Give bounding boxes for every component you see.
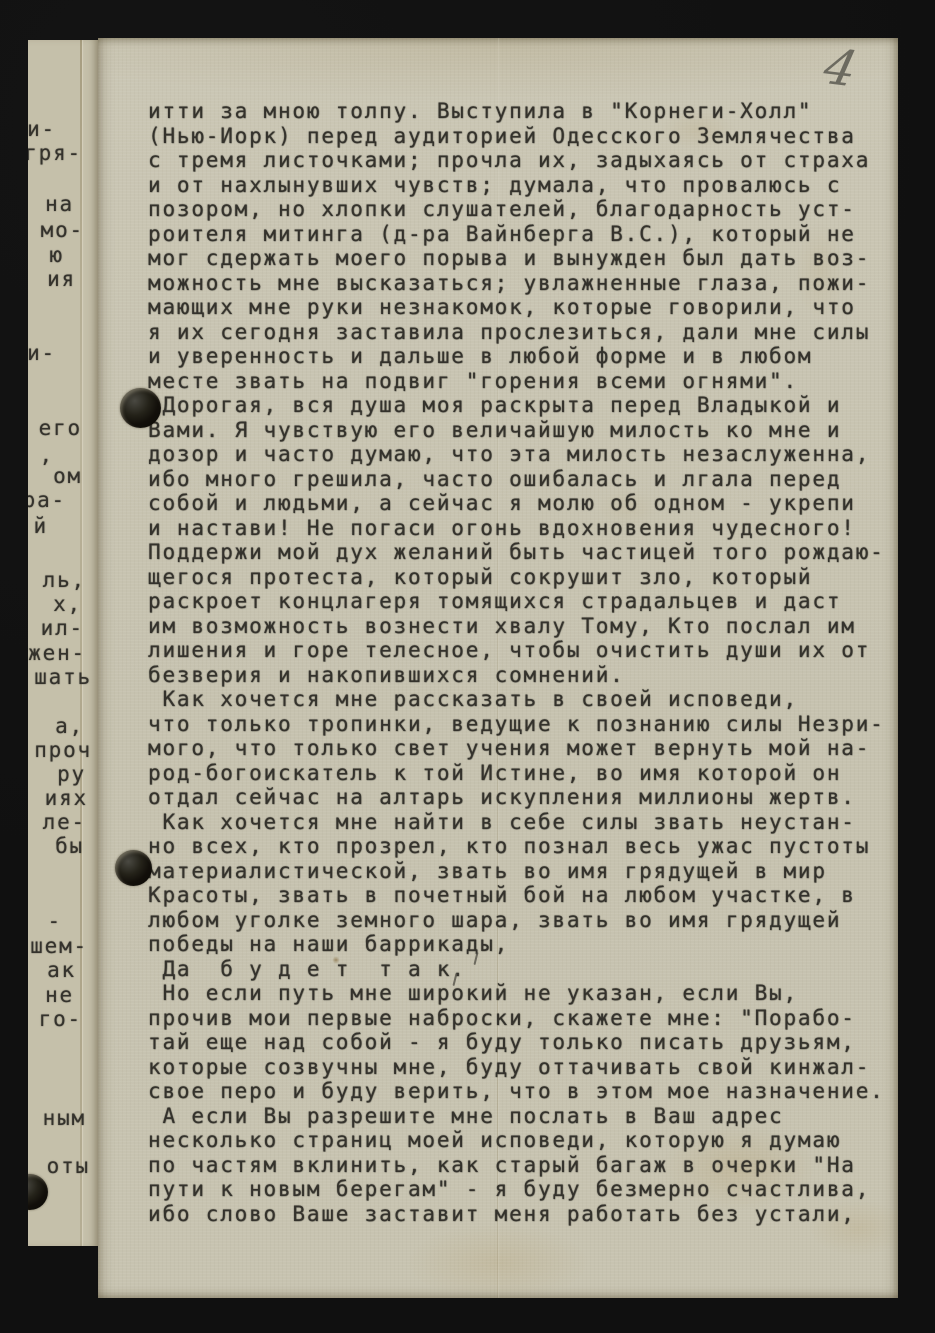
text-line: Красоты, звать в почетный бой на любом у… (148, 883, 896, 908)
fragment-text: бы (55, 834, 84, 859)
text-line: роителя митинга (д-ра Вайнберга В.С.), к… (148, 222, 896, 247)
text-line: прочив мои первые наброски, скажете мне:… (148, 1006, 896, 1031)
text-line: которые созвучны мне, буду оттачивать св… (148, 1055, 896, 1080)
text-line: и от нахлынувших чувств; думала, что про… (148, 173, 896, 198)
fragment-text: мо- (41, 218, 84, 243)
fragment-text: х, (53, 592, 82, 617)
fragment-text: проч (34, 738, 92, 763)
fragment-text: и- (28, 341, 56, 366)
text-line: с тремя листочками; прочла их, задыхаясь… (148, 148, 896, 173)
text-line: Вами. Я чувствую его величайшую милость … (148, 418, 896, 443)
text-line: любом уголке земного шара, звать во имя … (148, 908, 896, 933)
fragment-text: шать (34, 665, 92, 690)
fragment-text: ил- (41, 616, 84, 641)
text-line: позором, но хлопки слушателей, благодарн… (148, 197, 896, 222)
text-line: по частям вклинить, как старый багаж в о… (148, 1153, 896, 1178)
fragment-text: ле- (43, 810, 86, 835)
text-line: ибо слово Ваше заставит меня работать бе… (148, 1202, 896, 1227)
text-line: мог сдержать моего порыва и вынужден был… (148, 246, 896, 271)
text-line: лишения и горе телесное, чтобы очистить … (148, 638, 896, 663)
text-line: свое перо и буду верить, что в этом мое … (148, 1079, 896, 1104)
fragment-text: не (45, 983, 74, 1008)
text-line: и настави! Не погаси огонь вдохновения ч… (148, 516, 896, 541)
fragment-text: гря- (28, 141, 82, 166)
text-line: Как хочется мне найти в себе силы звать … (148, 810, 896, 835)
previous-page-edge: и-гря-намо-юияи-его,омра-йль,х,ил-жен-ша… (28, 40, 98, 1246)
text-line: мого, что только свет учения может верну… (148, 736, 896, 761)
text-line: Как хочется мне рассказать в своей испов… (148, 687, 896, 712)
text-line: отдал сейчас на алтарь искупления миллио… (148, 785, 896, 810)
fragment-text: , (40, 443, 54, 468)
text-line: безверия и накопившихся сомнений. (148, 663, 896, 688)
text-line: щегося протеста, который сокрушит зло, к… (148, 565, 896, 590)
text-line: (Нью-Иорк) перед аудиторией Одесского Зе… (148, 124, 896, 149)
fragment-text: ру (57, 762, 86, 787)
fragment-text: й (34, 514, 48, 539)
hole-punch-top (120, 388, 161, 428)
text-line: Да б у д е т т а к. (148, 957, 896, 982)
hole-punch-bottom (115, 850, 152, 886)
hole-punch-partial (28, 1174, 48, 1210)
text-line: итти за мною толпу. Выступила в "Корнеги… (148, 99, 896, 124)
fragment-text: а, (55, 714, 84, 739)
text-line: материалистической, звать во имя грядуще… (148, 859, 896, 884)
fragment-text: его (39, 416, 82, 441)
fragment-text: иях (45, 786, 88, 811)
text-line: тай еще над собой - я буду только писать… (148, 1030, 896, 1055)
typed-text: итти за мною толпу. Выступила в "Корнеги… (148, 99, 896, 1226)
text-line: месте звать на подвиг "горения всеми огн… (148, 369, 896, 394)
fragment-text: ль, (43, 568, 86, 593)
fragment-text: ю (50, 243, 64, 268)
text-line: что только тропинки, ведущие к познанию … (148, 712, 896, 737)
text-line: и уверенность и дальше в любой форме и в… (148, 344, 896, 369)
page-number-handwritten: 4 (817, 38, 898, 107)
text-line: ибо много грешила, часто ошибалась и лга… (148, 467, 896, 492)
text-line: им возможность вознести хвалу Тому, Кто … (148, 614, 896, 639)
text-line: но всех, кто прозрел, кто познал весь уж… (148, 834, 896, 859)
text-line: я их сегодня заставила прослезиться, дал… (148, 320, 896, 345)
text-line: несколько страниц моей исповеди, которую… (148, 1128, 896, 1153)
text-line: А если Вы разрешите мне послать в Ваш ад… (148, 1104, 896, 1129)
text-line: дозор и часто думаю, что эта милость нез… (148, 442, 896, 467)
text-line: мающих мне руки незнакомок, которые гово… (148, 295, 896, 320)
document-page: 4 итти за мною толпу. Выступила в "Корне… (98, 38, 898, 1298)
text-line: раскроет концлагеря томящихся страдальце… (148, 589, 896, 614)
fragment-text: жен- (28, 641, 86, 666)
fragment-text: ом (53, 464, 82, 489)
scan-background: и-гря-намо-юияи-его,омра-йль,х,ил-жен-ша… (0, 0, 935, 1333)
text-line: Поддержи мой дух желаний быть частицей т… (148, 540, 896, 565)
fragment-text: и- (28, 117, 56, 142)
fragment-text: ра- (28, 488, 66, 513)
text-line: собой и людьми, а сейчас я молю об одном… (148, 491, 896, 516)
fragment-text: на (45, 192, 74, 217)
fragment-text: ия (47, 267, 76, 292)
text-line: Но если путь мне широкий не указан, если… (148, 981, 896, 1006)
fragment-text: ным (43, 1106, 86, 1131)
text-line: победы на наши баррикады, (148, 932, 896, 957)
text-line: Дорогая, вся душа моя раскрыта перед Вла… (148, 393, 896, 418)
fragment-text: оты (47, 1154, 90, 1179)
fragment-text: - (48, 909, 62, 934)
fragment-text: ак (47, 958, 76, 983)
text-line: пути к новым берегам" - я буду безмерно … (148, 1177, 896, 1202)
fragment-text: шем- (30, 934, 88, 959)
text-line: род-богоискатель к той Истине, во имя ко… (148, 761, 896, 786)
fragment-text: го- (39, 1007, 82, 1032)
text-line: можность мне высказаться; увлажненные гл… (148, 271, 896, 296)
